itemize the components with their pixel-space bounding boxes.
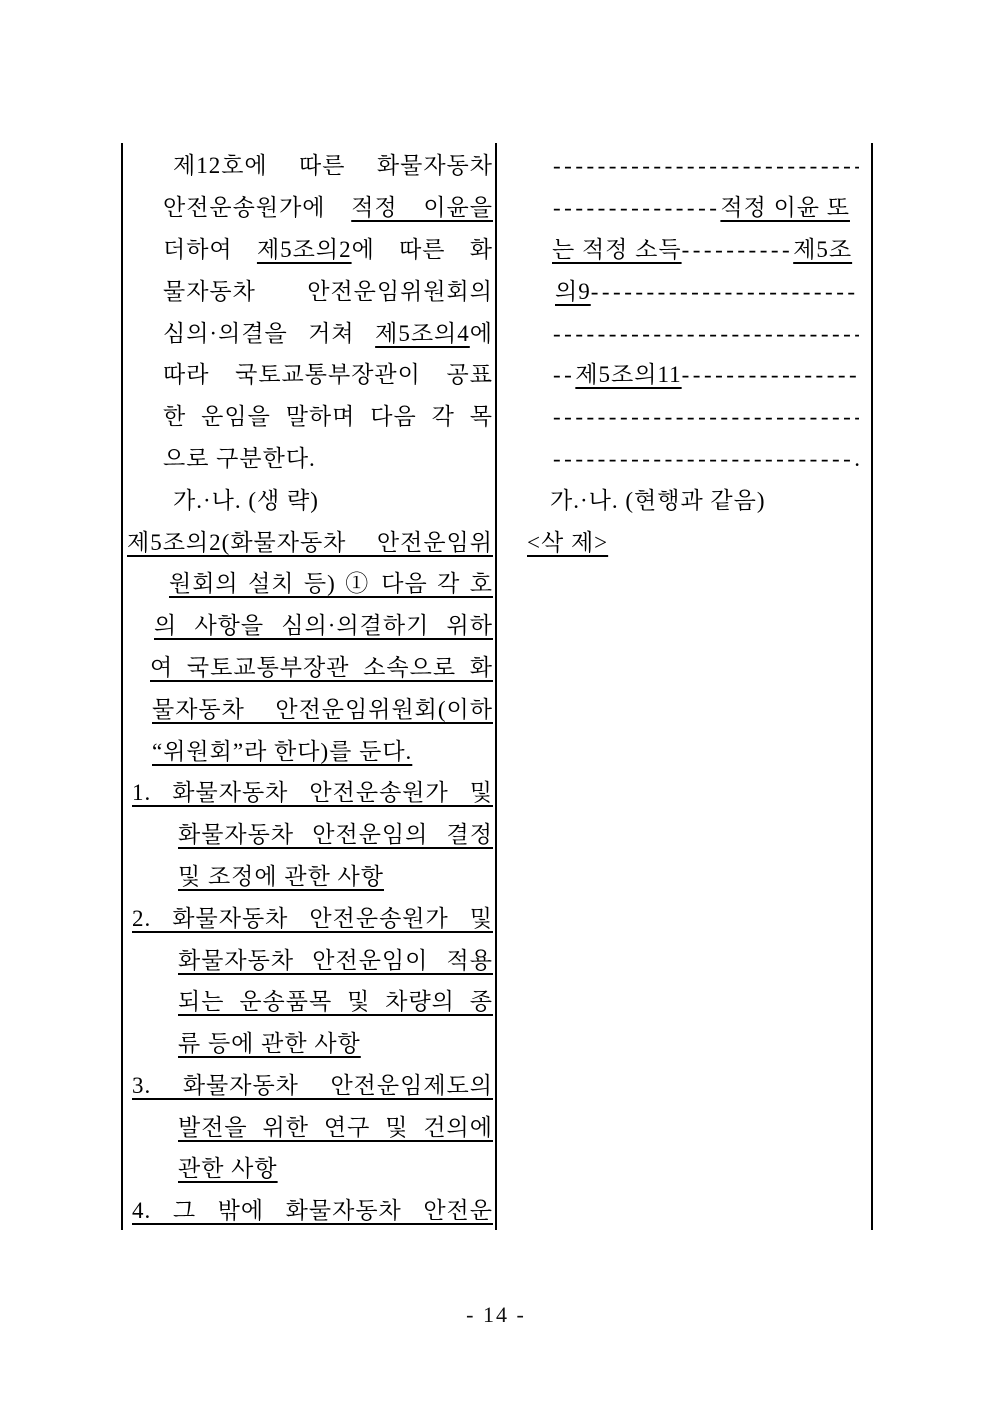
unchanged-text-dashes: --------------- — [553, 195, 720, 220]
text-line: 류 등에 관한 사항 — [178, 1031, 493, 1057]
text-segment: 적정 이윤을 — [351, 195, 493, 220]
table-row: 의9-------------------------- — [505, 268, 859, 310]
text-segment: 화물자동차 안전운임의 결정 — [178, 822, 493, 847]
text-segment: 제12호에 따른 화물자동차 — [173, 153, 493, 178]
table-row: 더하여 제5조의2에 따른 화 — [127, 227, 493, 269]
unchanged-text-dashes: -- — [553, 362, 575, 387]
text-line: 화물자동차 안전운임이 적용 — [178, 948, 493, 974]
text-line: 1. 화물자동차 안전운송원가 및 — [132, 780, 493, 806]
table-row: 되는 운송품목 및 차량의 종 — [127, 979, 493, 1021]
text-segment: 되는 운송품목 및 차량의 종 — [178, 989, 493, 1014]
text-line: ---------------------------- — [553, 404, 859, 430]
unchanged-text-dashes: ---------------------------- — [553, 153, 859, 178]
table-row: 안전운송원가에 적정 이윤을 — [127, 185, 493, 227]
text-line: “위원회”라 한다)를 둔다. — [152, 739, 493, 765]
text-segment: 안전운송원가에 — [163, 195, 351, 220]
table-row: <삭 제> — [505, 519, 859, 561]
table-row: 으로 구분한다. — [127, 436, 493, 478]
table-row: ---------------------------- — [505, 310, 859, 352]
text-segment: 으로 구분한다. — [163, 446, 316, 471]
table-row: ---------------------------. — [505, 436, 859, 478]
text-segment: 화물자동차 안전운임이 적용 — [178, 948, 493, 973]
text-segment: 가.·나. (생 략) — [173, 488, 319, 513]
text-segment: 제5조 — [793, 237, 852, 262]
table-row: 류 등에 관한 사항 — [127, 1021, 493, 1063]
table-row: ---------------------------- — [505, 143, 859, 185]
text-line: 물자동차 안전운임위원회의 — [163, 279, 493, 305]
page-number: - 14 - — [0, 1302, 992, 1328]
table-row: 2. 화물자동차 안전운송원가 및 — [127, 895, 493, 937]
text-line: 물자동차 안전운임위원회(이하 — [152, 697, 493, 723]
table-row: 여 국토교통부장관 소속으로 화 — [127, 645, 493, 687]
text-line: 화물자동차 안전운임의 결정 — [178, 822, 493, 848]
text-segment: 심의·의결을 거쳐 — [163, 321, 375, 346]
unchanged-text-dashes: -------------------------- — [591, 279, 859, 304]
unchanged-text-dashes: ---------------- — [682, 362, 859, 387]
text-segment: 의 사항을 심의·의결하기 위하 — [154, 613, 493, 638]
text-segment: 2. 화물자동차 안전운송원가 및 — [132, 906, 493, 931]
text-line: 한 운임을 말하며 다음 각 목 — [163, 404, 493, 430]
table-row: ---------------------------- — [505, 394, 859, 436]
text-line: 4. 그 밖에 화물자동차 안전운 — [132, 1198, 493, 1224]
unchanged-text-dashes: ---------- — [682, 237, 794, 262]
table-row: 따라 국토교통부장관이 공표 — [127, 352, 493, 394]
text-segment: 따라 국토교통부장관이 공표 — [163, 362, 493, 387]
current-law-column: 제12호에 따른 화물자동차안전운송원가에 적정 이윤을더하여 제5조의2에 따… — [121, 143, 497, 1230]
text-line: 되는 운송품목 및 차량의 종 — [178, 989, 493, 1015]
unchanged-text-dashes: ---------------------------- — [553, 321, 859, 346]
text-line: 여 국토교통부장관 소속으로 화 — [150, 655, 493, 681]
table-row: ---------------적정 이윤 또 — [505, 185, 859, 227]
text-segment: 발전을 위한 연구 및 건의에 — [178, 1115, 493, 1140]
table-row: 1. 화물자동차 안전운송원가 및 — [127, 770, 493, 812]
text-segment: “위원회”라 한다)를 둔다. — [152, 739, 412, 764]
text-line: 의 사항을 심의·의결하기 위하 — [154, 613, 493, 639]
table-row: 및 조정에 관한 사항 — [127, 854, 493, 896]
table-row: 관한 사항 — [127, 1146, 493, 1188]
table-row: 제5조의2(화물자동차 안전운임위 — [127, 519, 493, 561]
table-row: 한 운임을 말하며 다음 각 목 — [127, 394, 493, 436]
text-line: 가.·나. (현행과 같음) — [550, 488, 859, 514]
unchanged-text-dashes: ---------------------------- — [553, 404, 859, 429]
text-line: ---------------------------. — [553, 446, 859, 472]
text-segment: 적정 이윤 또 — [720, 195, 850, 220]
text-segment: 제5조의2(화물자동차 안전운임위 — [127, 530, 493, 555]
table-row: 화물자동차 안전운임이 적용 — [127, 937, 493, 979]
text-segment: <삭 제> — [527, 530, 608, 555]
text-line: <삭 제> — [527, 530, 859, 556]
text-line: ---------------------------- — [553, 321, 859, 347]
text-line: 심의·의결을 거쳐 제5조의4에 — [163, 321, 493, 347]
text-segment: 가.·나. (현행과 같음) — [550, 488, 766, 513]
text-line: 가.·나. (생 략) — [173, 488, 493, 514]
table-row: 발전을 위한 연구 및 건의에 — [127, 1104, 493, 1146]
text-line: ---------------------------- — [553, 153, 859, 179]
text-segment: 물자동차 안전운임위원회(이하 — [152, 697, 493, 722]
text-segment: 관한 사항 — [178, 1156, 278, 1181]
table-row: 물자동차 안전운임위원회(이하 — [127, 686, 493, 728]
text-segment: 류 등에 관한 사항 — [178, 1031, 361, 1056]
text-line: 제12호에 따른 화물자동차 — [173, 153, 493, 179]
text-segment: 원회의 설치 등) ① 다음 각 호 — [169, 571, 493, 596]
text-segment: 더하여 — [163, 237, 257, 262]
text-segment: 물자동차 안전운임위원회의 — [163, 279, 493, 304]
table-row: 제12호에 따른 화물자동차 — [127, 143, 493, 185]
text-line: 따라 국토교통부장관이 공표 — [163, 362, 493, 388]
table-row: 심의·의결을 거쳐 제5조의4에 — [127, 310, 493, 352]
text-segment: 및 조정에 관한 사항 — [178, 864, 384, 889]
unchanged-text-dashes: ---------------------------. — [553, 446, 859, 471]
text-segment: 에 — [470, 321, 493, 346]
text-segment: 1. 화물자동차 안전운송원가 및 — [132, 780, 493, 805]
text-segment: 4. 그 밖에 화물자동차 안전운 — [132, 1198, 493, 1223]
text-line: 발전을 위한 연구 및 건의에 — [178, 1115, 493, 1141]
text-line: 및 조정에 관한 사항 — [178, 864, 493, 890]
text-segment: 제5조의2 — [257, 237, 352, 262]
table-row: 원회의 설치 등) ① 다음 각 호 — [127, 561, 493, 603]
text-segment: 의9 — [555, 279, 591, 304]
document-page: 제12호에 따른 화물자동차안전운송원가에 적정 이윤을더하여 제5조의2에 따… — [0, 0, 992, 1403]
text-line: 안전운송원가에 적정 이윤을 — [163, 195, 493, 221]
text-line: 2. 화물자동차 안전운송원가 및 — [132, 906, 493, 932]
text-segment: 한 운임을 말하며 다음 각 목 — [163, 404, 493, 429]
table-row: “위원회”라 한다)를 둔다. — [127, 728, 493, 770]
table-row: 3. 화물자동차 안전운임제도의 — [127, 1063, 493, 1105]
text-line: 으로 구분한다. — [163, 446, 493, 472]
text-segment: 는 적정 소득 — [552, 237, 682, 262]
text-line: 더하여 제5조의2에 따른 화 — [163, 237, 493, 263]
amendment-column: ----------------------------------------… — [497, 143, 873, 1230]
table-row: 4. 그 밖에 화물자동차 안전운 — [127, 1188, 493, 1230]
text-segment: 제5조의11 — [575, 362, 681, 387]
text-segment: 에 따른 화 — [352, 237, 493, 262]
text-segment: 여 국토교통부장관 소속으로 화 — [150, 655, 493, 680]
table-row: --제5조의11---------------- — [505, 352, 859, 394]
text-line: 관한 사항 — [178, 1156, 493, 1182]
text-line: ---------------적정 이윤 또 — [553, 195, 859, 221]
comparison-table: 제12호에 따른 화물자동차안전운송원가에 적정 이윤을더하여 제5조의2에 따… — [121, 143, 873, 1230]
text-line: 3. 화물자동차 안전운임제도의 — [132, 1073, 493, 1099]
text-line: 원회의 설치 등) ① 다음 각 호 — [169, 571, 493, 597]
text-line: 의9-------------------------- — [555, 279, 859, 305]
text-segment: 3. 화물자동차 안전운임제도의 — [132, 1073, 493, 1098]
text-line: --제5조의11---------------- — [553, 362, 859, 388]
text-line: 제5조의2(화물자동차 안전운임위 — [127, 530, 493, 556]
table-row: 가.·나. (생 략) — [127, 477, 493, 519]
text-segment: 제5조의4 — [375, 321, 470, 346]
table-row: 가.·나. (현행과 같음) — [505, 477, 859, 519]
table-row: 화물자동차 안전운임의 결정 — [127, 812, 493, 854]
table-row: 는 적정 소득----------제5조 — [505, 227, 859, 269]
table-row: 물자동차 안전운임위원회의 — [127, 268, 493, 310]
text-line: 는 적정 소득----------제5조 — [552, 237, 859, 263]
table-row: 의 사항을 심의·의결하기 위하 — [127, 603, 493, 645]
